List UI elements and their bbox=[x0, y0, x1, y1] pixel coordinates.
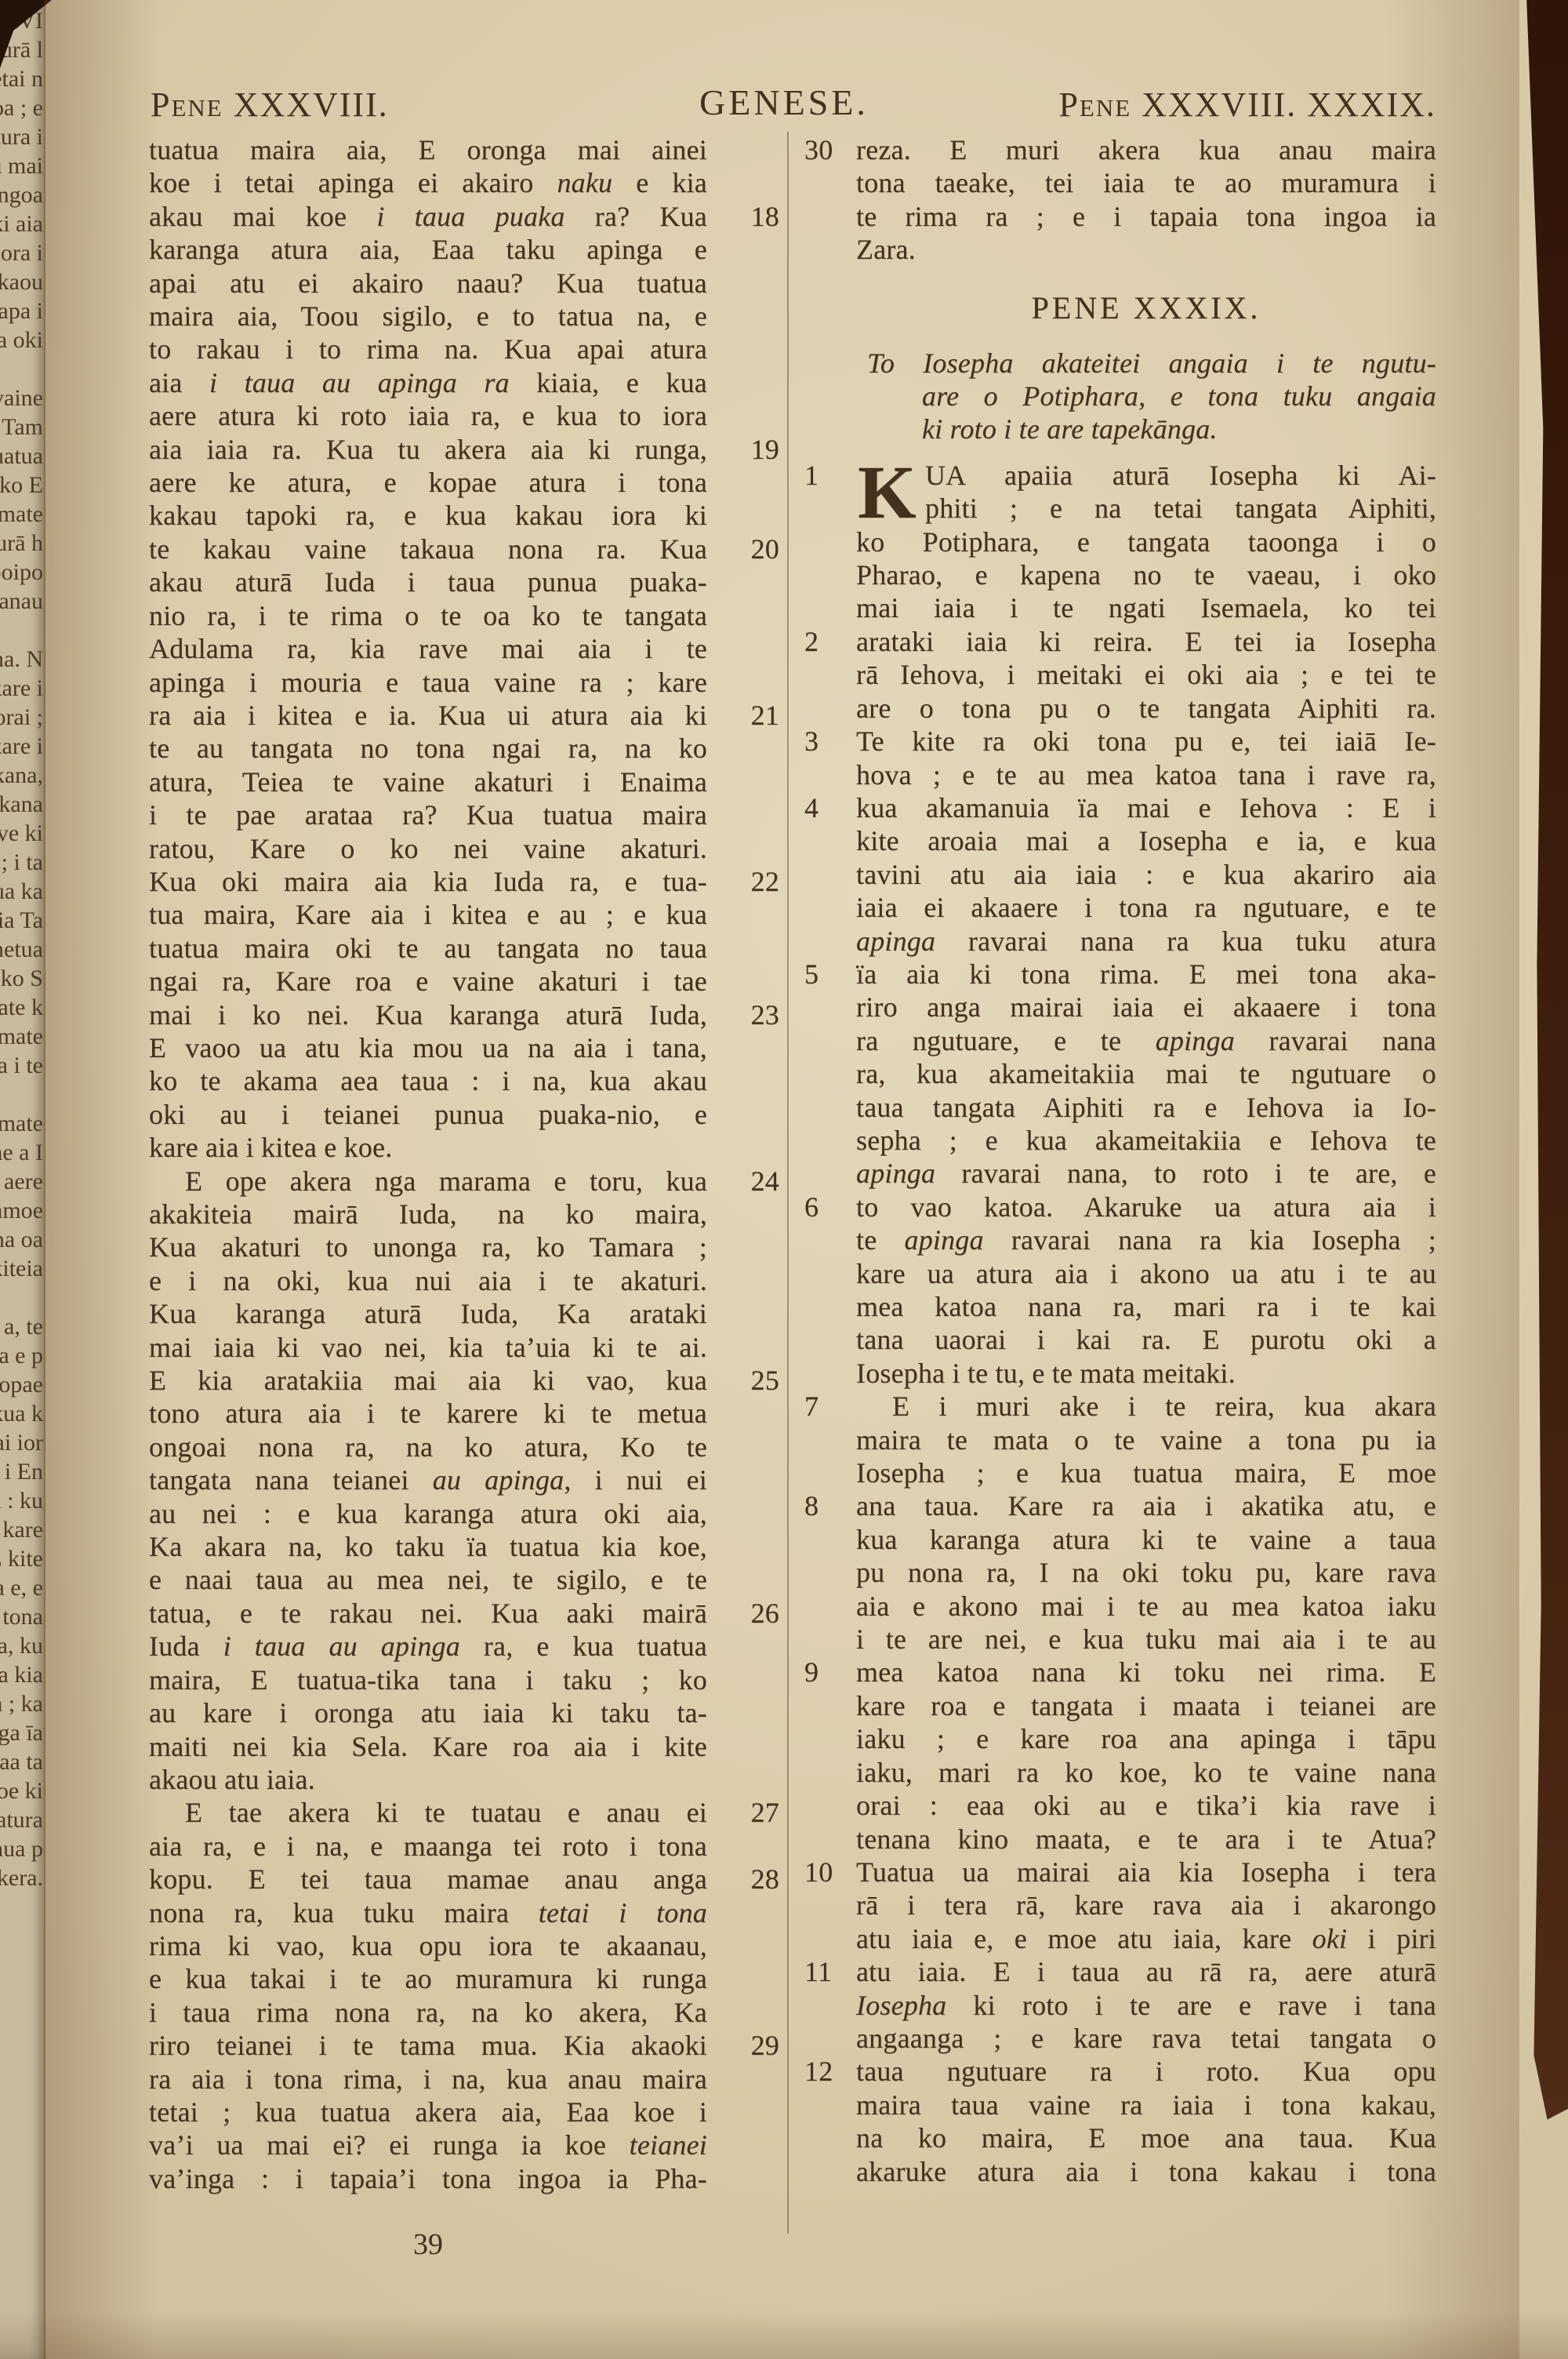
text-line: i te pae arataa ra? Kua tuatua maira bbox=[149, 798, 707, 831]
text-line: Zara. bbox=[856, 233, 1436, 266]
text-line: aere atura ki roto iaia ra, e kua to ior… bbox=[149, 399, 707, 432]
verse-number: 5 bbox=[804, 958, 818, 990]
text-line: atu iaia e, e moe atu iaia, kare oki i p… bbox=[856, 1922, 1436, 1955]
text-line: te rima ra ; e i tapaia tona ingoa ia bbox=[856, 200, 1436, 233]
text-line: akau aturā Iuda i taua punua puaka- bbox=[149, 565, 707, 598]
verse-number: 22 bbox=[751, 865, 779, 898]
text-line: 19aia iaia ra. Kua tu akera aia ki runga… bbox=[149, 433, 707, 466]
page-edge-text-fragment: na oa bbox=[0, 1225, 43, 1254]
text-line: maira, E tuatua-tika tana i taku ; ko bbox=[149, 1663, 707, 1696]
page-edge-text-fragment: a : ku bbox=[0, 1486, 43, 1515]
text-line: aia e akono mai i te au mea katoa iaku bbox=[856, 1590, 1436, 1623]
text-line: mai iaia ki vao nei, kia ta’uia ki te ai… bbox=[149, 1331, 707, 1364]
text-line: tana uaorai i kai ra. E purotu oki a bbox=[856, 1323, 1436, 1356]
text-line: Iosepha i te tu, e te mata meitaki. bbox=[856, 1357, 1436, 1390]
text-line: to rakau i to rima na. Kua apai atura bbox=[149, 333, 707, 365]
verse-number: 1 bbox=[804, 459, 818, 492]
text-line: iaku, mari ra ko koe, ko te vaine nana bbox=[856, 1756, 1436, 1789]
page-edge-text-fragment: ua ka bbox=[0, 877, 43, 906]
page-edge-text-fragment bbox=[0, 1283, 43, 1312]
chapter-summary-line: are o Potiphara, e tona tuku angaia bbox=[856, 380, 1436, 413]
text-line: 27E tae akera ki te tuatau e anau ei bbox=[149, 1796, 707, 1829]
text-line: iaku ; e kare roa ana apinga i tāpu bbox=[856, 1722, 1436, 1755]
verse-number: 6 bbox=[804, 1190, 818, 1223]
verse-number: 25 bbox=[751, 1364, 779, 1397]
text-line: Kua akaturi to unonga ra, ko Tamara ; bbox=[149, 1230, 707, 1263]
text-line: hova ; e te au mea katoa tana i rave ra, bbox=[856, 758, 1436, 791]
verse-number: 21 bbox=[751, 699, 779, 732]
page-edge-text-fragment: kopae bbox=[0, 1370, 43, 1399]
running-title-right: Pene XXXVIII. XXXIX. bbox=[1058, 85, 1436, 125]
page-edge-text-fragment: tuatua bbox=[0, 442, 43, 471]
text-line: maira te mata o te vaine a tona pu ia bbox=[856, 1423, 1436, 1456]
text-line: te au tangata no tona ngai ra, na ko bbox=[149, 732, 707, 765]
page-edge-text-fragment: mamoe bbox=[0, 1196, 43, 1225]
text-line: ra, kua akameitakiia mai te ngutuare o bbox=[856, 1057, 1436, 1090]
text-line: rā Iehova, i meitaki ei oki aia ; e tei … bbox=[856, 658, 1436, 691]
text-line: 2arataki iaia ki reira. E tei ia Iosepha bbox=[856, 625, 1436, 658]
page-edge-text-fragment: rave ki bbox=[0, 819, 43, 848]
text-line: apinga ravarai nana ra kua tuku atura bbox=[856, 925, 1436, 958]
page-edge-text-fragment: uaorai ; bbox=[0, 703, 43, 732]
text-line: iaia ei akaaere i tona ra ngutuare, e te bbox=[856, 891, 1436, 924]
gutter-shading bbox=[44, 0, 162, 2359]
text-line: kua karanga atura ki te vaine a taua bbox=[856, 1523, 1436, 1556]
text-line: va’inga : i tapaia’i tona ingoa ia Pha- bbox=[149, 2162, 707, 2195]
page-edge-text-fragment: a ra, ku bbox=[0, 1631, 43, 1660]
page-edge-text-fragment: tua kia bbox=[0, 1660, 43, 1689]
chapter-heading: PENE XXXIX. bbox=[856, 287, 1436, 329]
verse-number: 20 bbox=[751, 533, 779, 565]
text-line: rima ki vao, kua opu iora te akaanau, bbox=[149, 1929, 707, 1962]
text-line: 22Kua oki maira aia kia Iuda ra, e tua- bbox=[149, 865, 707, 898]
text-line: 3Te kite ra oki tona pu e, tei iaiā Ie- bbox=[856, 725, 1436, 758]
column-gap bbox=[856, 446, 1436, 459]
text-line: tua maira, Kare aia i kitea e au ; e kua bbox=[149, 898, 707, 931]
page-edge-text-fragment: aine a I bbox=[0, 1138, 43, 1167]
text-line: 23mai i ko nei. Kua karanga aturā Iuda, bbox=[149, 998, 707, 1031]
verse-number: 30 bbox=[804, 133, 833, 166]
text-line: Adulama ra, kia rave mai aia i te bbox=[149, 632, 707, 665]
verse-number: 27 bbox=[751, 1796, 779, 1829]
text-line: karanga atura aia, Eaa taku apinga e bbox=[149, 233, 707, 266]
page-edge-text-fragment: e kua k bbox=[0, 1399, 43, 1428]
text-line: va’i ua mai ei? ei runga ia koe teianei bbox=[149, 2128, 707, 2161]
text-line: tono atura aia i te karere ki te metua bbox=[149, 1397, 707, 1430]
text-line: 24E ope akera nga marama e toru, kua bbox=[149, 1165, 707, 1198]
text-line: ra aia i tona rima, i na, kua anau maira bbox=[149, 2063, 707, 2095]
text-line: riro anga mairai iaia ei akaaere i tona bbox=[856, 990, 1436, 1023]
text-line: tuatua maira aia, E oronga mai ainei bbox=[149, 133, 707, 166]
text-line: akakiteia mairā Iuda, na ko maira, bbox=[149, 1198, 707, 1230]
page-edge-text-fragment: na. N bbox=[0, 645, 43, 674]
page-edge-text-fragment: uakana, bbox=[0, 761, 43, 790]
text-line: maiti nei kia Sela. Kare roa aia i kite bbox=[149, 1730, 707, 1763]
text-line: tenana kino maata, e te ara i te Atua? bbox=[856, 1823, 1436, 1856]
text-line: e kua takai i te ao muramura ki runga bbox=[149, 1962, 707, 1995]
page-edge-text-fragment: E kite bbox=[0, 1544, 43, 1573]
text-line: te apinga ravarai nana ra kia Iosepha ; bbox=[856, 1223, 1436, 1256]
text-line: 25E kia aratakiia mai aia ki vao, kua bbox=[149, 1364, 707, 1397]
text-line: ngai ra, Kare roa e vaine akaturi i tae bbox=[149, 965, 707, 998]
text-line: aere ke atura, e kopae atura i tona bbox=[149, 466, 707, 499]
page-edge-text-fragment: aipoipo bbox=[0, 558, 43, 587]
page-edge-text-fragment: ; i ta bbox=[0, 848, 43, 877]
text-line: 8ana taua. Kare ra aia i akatika atu, e bbox=[856, 1489, 1436, 1522]
fragment-lines: XXXVIaturā ltetai ngoa ; eatura iu maina… bbox=[0, 6, 43, 1892]
text-line: mea katoa nana ra, mari ra i te kai bbox=[856, 1290, 1436, 1323]
verse-number: 2 bbox=[804, 625, 818, 658]
text-line: Iuda i taua au apinga ra, e kua tuatua bbox=[149, 1630, 707, 1663]
page-edge-text-fragment: , kare i bbox=[0, 674, 43, 703]
text-line: 5ïa aia ki tona rima. E mei tona aka- bbox=[856, 958, 1436, 990]
page-edge-text-fragment: , ko E bbox=[0, 471, 43, 500]
verse-number: 8 bbox=[804, 1489, 818, 1522]
book-page-scan: XXXVIaturā ltetai ngoa ; eatura iu maina… bbox=[0, 0, 1568, 2359]
page-edge-text-fragment: ziba oki bbox=[0, 325, 43, 354]
page-edge-text-fragment: atura bbox=[0, 1805, 43, 1834]
column-gap bbox=[856, 267, 1436, 287]
text-line: 20te kakau vaine takaua nona ra. Kua bbox=[149, 533, 707, 565]
book-edge-band bbox=[1516, 0, 1568, 2141]
page-edge-text-fragment: kiteia bbox=[0, 1254, 43, 1283]
column-gap bbox=[856, 329, 1436, 347]
text-line: ko te akama aea taua : i na, kua akau bbox=[149, 1064, 707, 1097]
page-edge-text-fragment: u mai bbox=[0, 151, 43, 180]
chapter-summary-line: To Iosepha akateitei angaia i te ngutu- bbox=[856, 347, 1436, 380]
page-edge-text-fragment: iora i bbox=[0, 238, 43, 267]
left-page-edge-fragments: XXXVIaturā ltetai ngoa ; eatura iu maina… bbox=[0, 0, 45, 2359]
text-line: 9mea katoa nana ki toku nei rima. E bbox=[856, 1656, 1436, 1688]
page-edge-text-fragment: a, kare bbox=[0, 1515, 43, 1544]
text-line: kakau tapoki ra, e kua kakau iora ki bbox=[149, 499, 707, 532]
text-line: tavini atu aia iaia : e kua akariro aia bbox=[856, 858, 1436, 891]
text-line: tangata nana teianei au apinga, i nui ei bbox=[149, 1463, 707, 1496]
page-edge-text-fragment: tura i te bbox=[0, 1051, 43, 1080]
page-edge-text-fragment: na ingoa bbox=[0, 180, 43, 209]
page-edge-text-fragment: kera. bbox=[0, 1863, 43, 1892]
page-edge-text-fragment: ga īa bbox=[0, 1718, 43, 1747]
verse-number: 9 bbox=[804, 1656, 818, 1688]
verse-number: 12 bbox=[804, 2055, 833, 2088]
page-edge-text-fragment bbox=[0, 354, 43, 383]
text-line: E vaoo ua atu kia mou ua na aia i tana, bbox=[149, 1031, 707, 1064]
text-line: i te are nei, e kua tuku mai aia i te au bbox=[856, 1623, 1436, 1656]
page-edge-text-fragment bbox=[0, 1080, 43, 1109]
page-edge-text-fragment: akaou bbox=[0, 267, 43, 296]
text-line: phiti ; e na tetai tangata Aiphiti, bbox=[856, 492, 1436, 525]
page-edge-text-fragment: vai ior bbox=[0, 1428, 43, 1457]
text-line: Kua karanga aturā Iuda, Ka arataki bbox=[149, 1297, 707, 1330]
text-line: maira taua vaine ra iaia i tona kakau, bbox=[856, 2088, 1436, 2121]
verse-number: 24 bbox=[751, 1165, 779, 1198]
column-divider bbox=[787, 132, 789, 2234]
verse-number: 4 bbox=[804, 791, 818, 824]
page-edge-text-fragment: ai vaine bbox=[0, 383, 43, 413]
page-edge-text-fragment: metua bbox=[0, 935, 43, 964]
verse-number: 3 bbox=[804, 725, 818, 758]
text-line: aia ra, e i na, e maanga tei roto i tona bbox=[149, 1830, 707, 1863]
text-line: e naai taua au mea nei, te sigilo, e te bbox=[149, 1563, 707, 1596]
page-edge-text-fragment: pa i En bbox=[0, 1457, 43, 1486]
text-line: ra ngutuare, e te apinga ravarai nana bbox=[856, 1024, 1436, 1057]
text-line: kite aroaia mai a Iosepha e ia, e kua bbox=[856, 824, 1436, 857]
verse-number: 23 bbox=[751, 998, 779, 1031]
text-line: 28kopu. E tei taua mamae anau anga bbox=[149, 1863, 707, 1896]
text-line: 11atu iaia. E i taua au rā ra, aere atur… bbox=[856, 1955, 1436, 1988]
text-line: i taua rima nona ra, na ko akera, Ka bbox=[149, 1996, 707, 2029]
page-edge-text-fragment: atura i bbox=[0, 122, 43, 151]
page-edge-text-fragment: i tona bbox=[0, 1602, 43, 1631]
text-line: apai atu ei akairo naau? Kua tuatua bbox=[149, 267, 707, 300]
text-line: e i na oki, kua nui aia i te akaturi. bbox=[149, 1264, 707, 1297]
verse-first-line: 1KUA apaiia aturā Iosepha ki Ai- bbox=[856, 459, 1436, 492]
verse-number: 28 bbox=[751, 1863, 779, 1896]
verse-number: 10 bbox=[804, 1856, 833, 1888]
page-edge-text-fragment: oki aia bbox=[0, 209, 43, 238]
text-line: 21ra aia i kitea e ia. Kua ui atura aia … bbox=[149, 699, 707, 732]
page-edge-text-fragment: punua p bbox=[0, 1834, 43, 1863]
text-line: akaou atu iaia. bbox=[149, 1763, 707, 1796]
text-line: ratou, Kare o ko nei vaine akaturi. bbox=[149, 832, 707, 865]
page-edge-text-fragment: nei ko S bbox=[0, 964, 43, 993]
page-edge-text-fragment: na ; ka bbox=[0, 1689, 43, 1718]
page-edge-text-fragment: e aere bbox=[0, 1167, 43, 1196]
text-line: 18akau mai koe i taua puaka ra? Kua bbox=[149, 200, 707, 233]
text-line: akaruke atura aia i tona kakau i tona bbox=[856, 2155, 1436, 2188]
text-line: mai iaia i te ngati Isemaela, ko tei bbox=[856, 591, 1436, 624]
page-edge-text-fragment: aturā h bbox=[0, 529, 43, 558]
text-line: orai : eaa oki au e tika’i kia rave i bbox=[856, 1789, 1436, 1822]
text-line: apinga ravarai nana, to roto i te are, e bbox=[856, 1157, 1436, 1190]
page-edge-text-fragment: ata e p bbox=[0, 1341, 43, 1370]
verse-number: 19 bbox=[751, 433, 779, 466]
text-line: tuatua maira oki te au tangata no taua bbox=[149, 932, 707, 965]
text-line: Iosepha ki roto i te are e rave i tana bbox=[856, 1989, 1436, 2022]
text-line: apinga i mouria e taua vaine ra ; kare bbox=[149, 666, 707, 699]
text-line: maira aia, Toou sigilo, e to tatua na, e bbox=[149, 300, 707, 333]
verse-number: 29 bbox=[751, 2029, 779, 2062]
page-edge-text-fragment: e mate bbox=[0, 500, 43, 529]
text-line: kare ua atura aia i akono ua atu i te au bbox=[856, 1257, 1436, 1290]
text-line: nona ra, kua tuku maira tetai i tona bbox=[149, 1896, 707, 1929]
text-line: Ka akara na, ko taku ïa tuatua kia koe, bbox=[149, 1530, 707, 1563]
text-line: are o tona pu o te tangata Aiphiti ra. bbox=[856, 692, 1436, 725]
text-line: au kare i oronga atu iaia ki taku ta- bbox=[149, 1696, 707, 1729]
verse-number: 18 bbox=[751, 200, 779, 233]
text-line: Pharao, e kapena no te vaeau, i oko bbox=[856, 558, 1436, 591]
verse-number: 11 bbox=[804, 1955, 832, 1988]
page-edge-text-fragment: tapa i bbox=[0, 296, 43, 325]
text-line: koe i tetai apinga ei akairo naku e kia bbox=[149, 166, 707, 199]
text-line: 30reza. E muri akera kua anau maira bbox=[856, 133, 1436, 166]
page-edge-text-fragment bbox=[0, 616, 43, 645]
right-column: 30reza. E muri akera kua anau mairatona … bbox=[856, 133, 1436, 2188]
text-line: angaanga ; e kare rava tetai tangata o bbox=[856, 2022, 1436, 2055]
text-line: 6to vao katoa. Akaruke ua atura aia i bbox=[856, 1190, 1436, 1223]
page-edge-text-fragment: kaanau bbox=[0, 587, 43, 616]
text-line: kare aia i kitea e koe. bbox=[149, 1131, 707, 1164]
text-line: aia i taua au apinga ra kiaia, e kua bbox=[149, 366, 707, 399]
text-line: na ko maira, E moe ana taua. Kua bbox=[856, 2121, 1436, 2154]
text-line: 12taua ngutuare ra i roto. Kua opu bbox=[856, 2055, 1436, 2088]
text-line: au nei : e kua karanga atura oki aia, bbox=[149, 1497, 707, 1530]
text-line: kare roa e tangata i maata i teianei are bbox=[856, 1689, 1436, 1722]
text-line: tetai ; kua tuatua akera aia, Eaa koe i bbox=[149, 2095, 707, 2128]
text-line: pu nona ra, I na oki toku pu, kare rava bbox=[856, 1556, 1436, 1589]
text-line: atura, Teiea te vaine akaturi i Enaima bbox=[149, 765, 707, 798]
text-line: Iosepha ; e kua tuatua maira, E moe bbox=[856, 1456, 1436, 1489]
text-line: ongoai nona ra, na ko atura, Ko te bbox=[149, 1430, 707, 1463]
page-edge-text-fragment: kare i bbox=[0, 732, 43, 761]
page-edge-text-fragment: mate k bbox=[0, 993, 43, 1022]
verse-number: 26 bbox=[751, 1597, 779, 1630]
left-column: tuatua maira aia, E oronga mai aineikoe … bbox=[149, 133, 707, 2195]
page-edge-text-fragment: tuakana bbox=[0, 790, 43, 819]
text-line: ko Potiphara, e tangata taoonga i o bbox=[856, 525, 1436, 558]
page-edge-text-fragment: aa ta bbox=[0, 1747, 43, 1776]
text-line: 10Tuatua ua mairai aia kia Iosepha i ter… bbox=[856, 1856, 1436, 1888]
text-line: nio ra, i te rima o te oa ko te tangata bbox=[149, 599, 707, 632]
text-line: taua tangata Aiphiti ra e Iehova ia Io- bbox=[856, 1091, 1436, 1124]
page-edge-text-fragment: ā, mate bbox=[0, 1109, 43, 1138]
text-line: oki au i teianei punua puaka-nio, e bbox=[149, 1098, 707, 1131]
page-edge-text-fragment: koe ki bbox=[0, 1776, 43, 1805]
page-edge-text-fragment: a, te bbox=[0, 1312, 43, 1341]
text-line: 26tatua, e te rakau nei. Kua aaki mairā bbox=[149, 1597, 707, 1630]
text-line: sepha ; e kua akameitakiia e Iehova te bbox=[856, 1124, 1436, 1157]
text-line: 4kua akamanuia ïa mai e Iehova : E i bbox=[856, 791, 1436, 824]
page-edge-text-fragment: na i mate bbox=[0, 1022, 43, 1051]
chapter-summary-line: ki roto i te are tapekānga. bbox=[856, 413, 1436, 445]
verse-number: 7 bbox=[804, 1390, 818, 1423]
page-edge-text-fragment: kia Ta bbox=[0, 906, 43, 935]
bottom-edge-shading bbox=[0, 2312, 1568, 2359]
text-line: tona taeake, tei iaia te ao muramura i bbox=[856, 166, 1436, 199]
text-line: rā i tera rā, kare rava aia i akarongo bbox=[856, 1888, 1436, 1921]
text-line: 29riro teianei i te tama mua. Kia akaoki bbox=[149, 2029, 707, 2062]
text-line: 7E i muri ake i te reira, kua akara bbox=[856, 1390, 1436, 1423]
page-edge-text-fragment: , ko Tam bbox=[0, 413, 43, 442]
page-number: 39 bbox=[149, 2227, 707, 2262]
page-edge-text-fragment: a e, e bbox=[0, 1573, 43, 1602]
